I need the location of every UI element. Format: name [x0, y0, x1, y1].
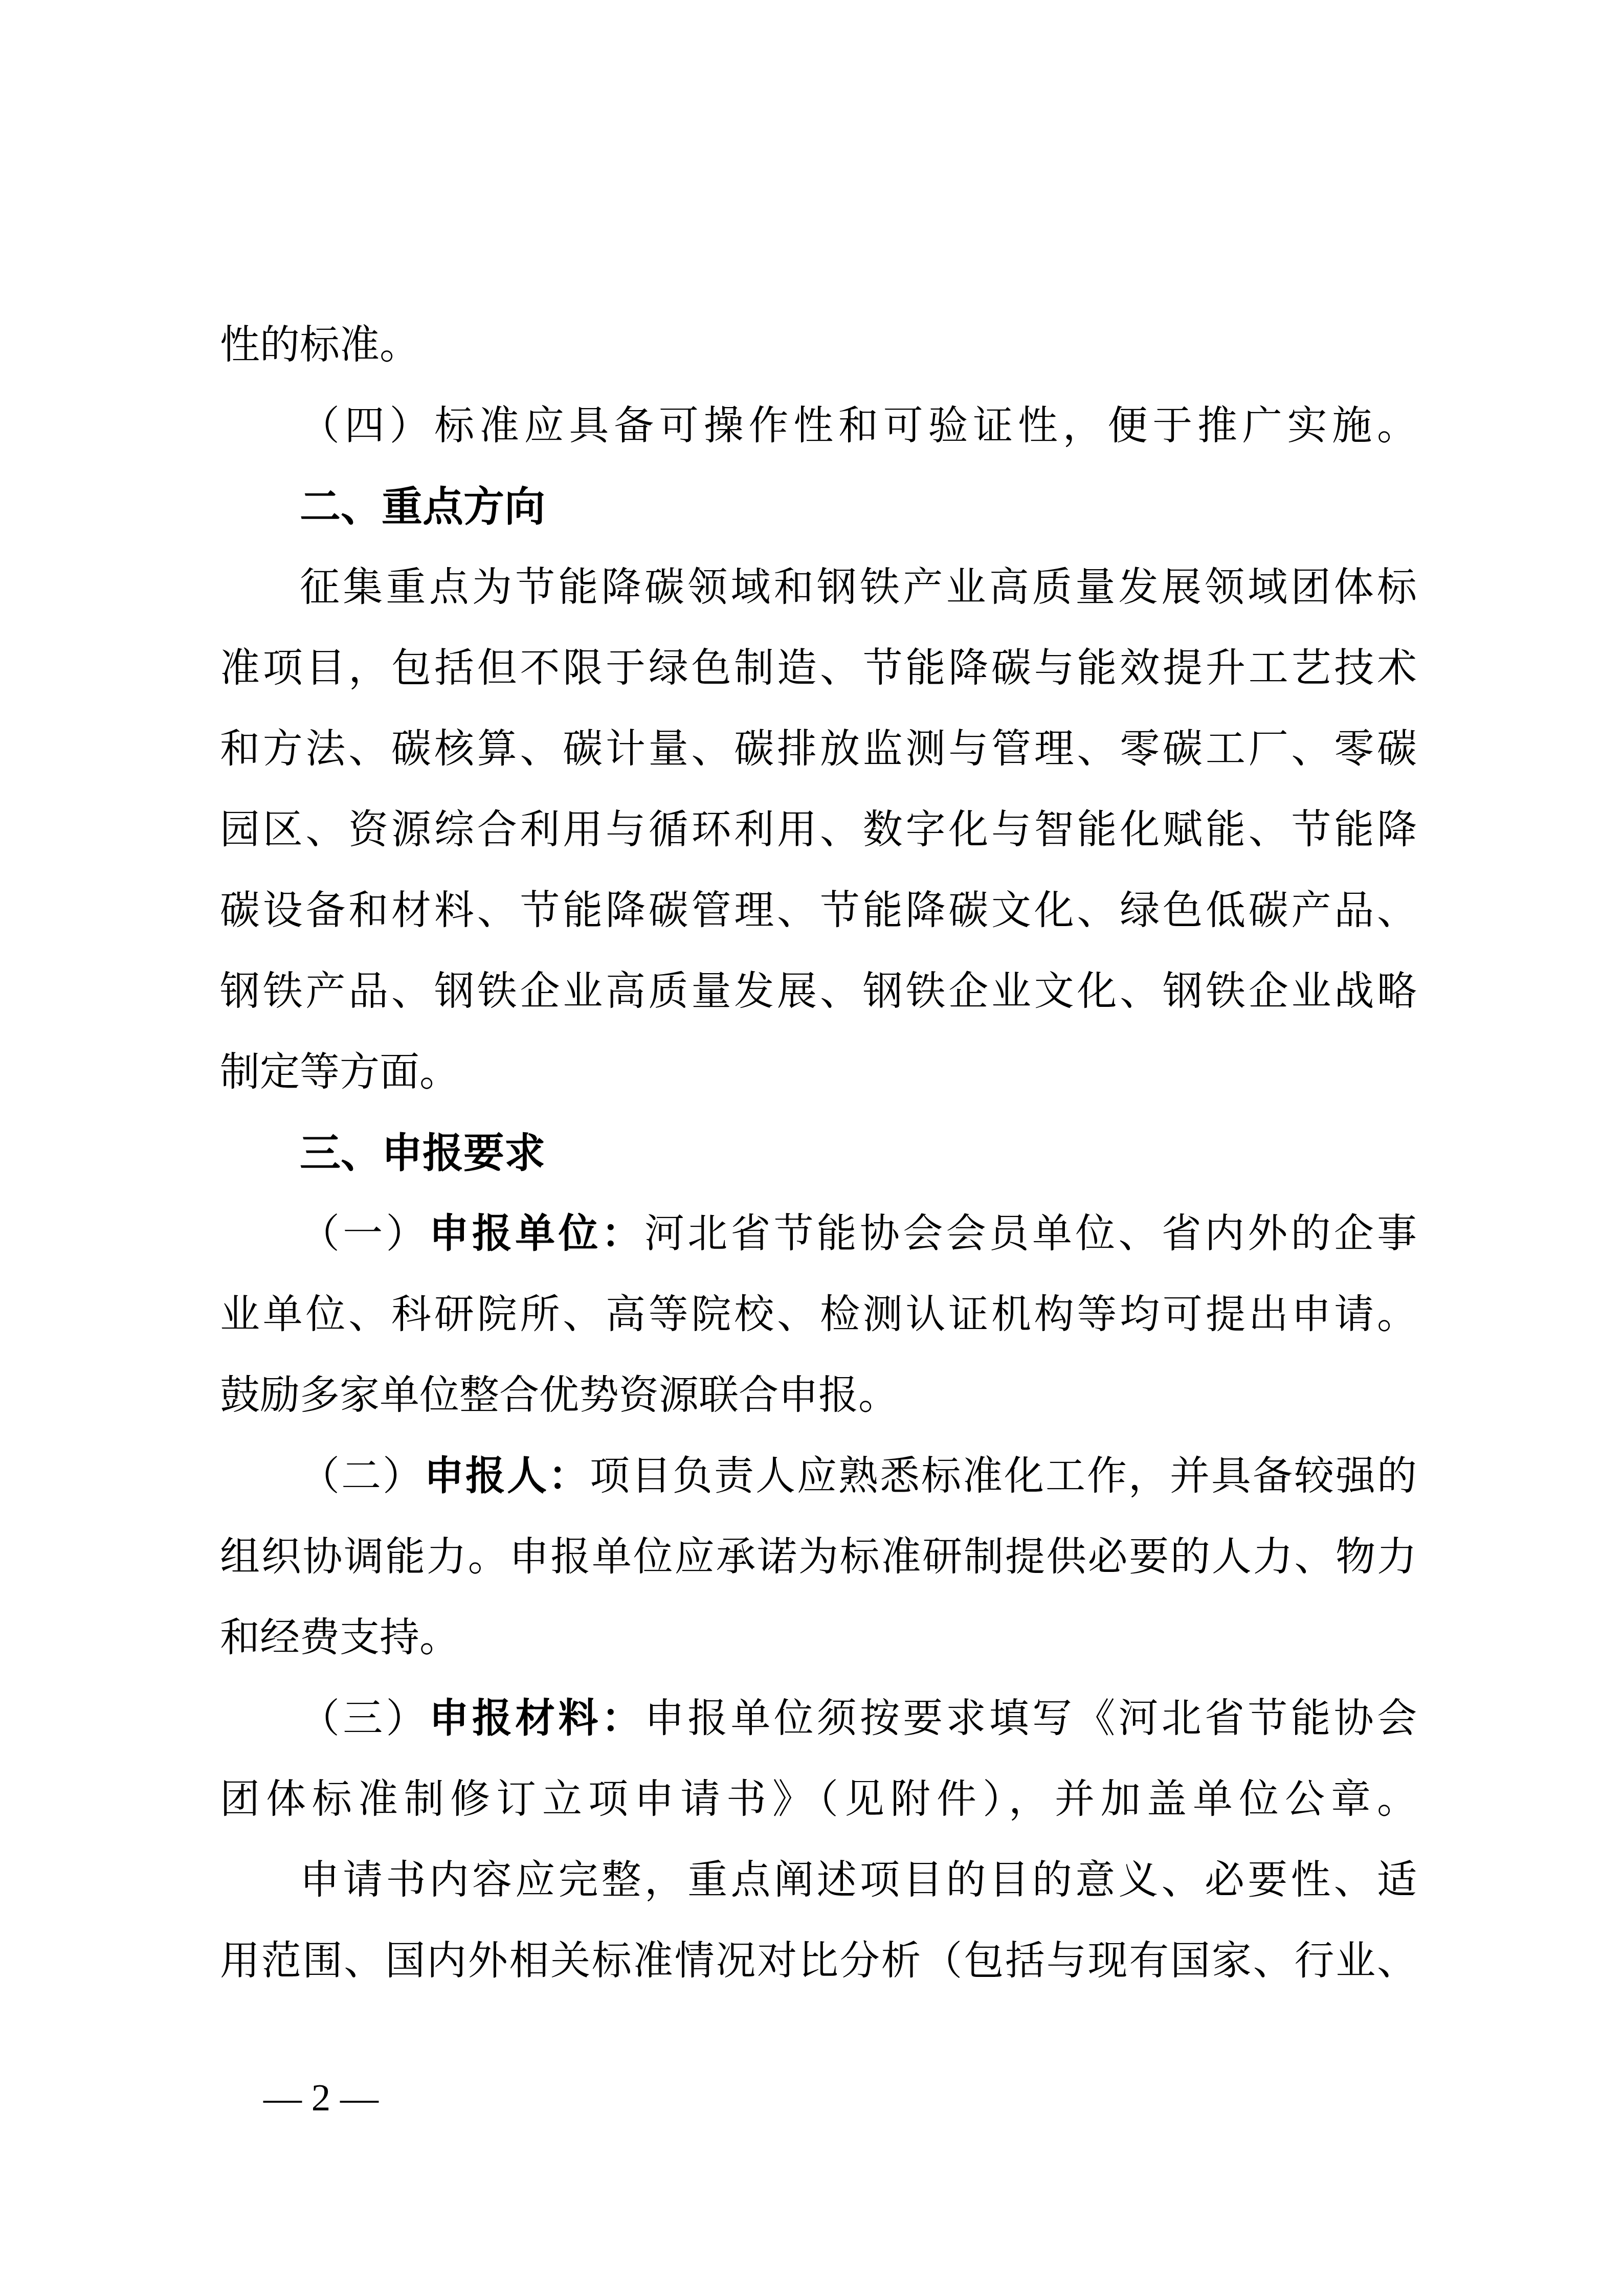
page-root: { "page": { "background_color": "#ffffff… [0, 0, 1624, 2296]
text-line: 业单位、科研院所、高等院校、检测认证机构等均可提出申请。 [220, 1274, 1417, 1355]
text-segment: 性的标准。 [220, 323, 419, 367]
text-line: 鼓励多家单位整合优势资源联合申报。 [220, 1355, 1417, 1436]
bold-label: 申报单位： [429, 1211, 644, 1256]
text-line: 碳设备和材料、节能降碳管理、节能降碳文化、绿色低碳产品、 [220, 870, 1417, 951]
text-segment: 申报单位须按要求填写《河北省节能协会 [644, 1696, 1417, 1741]
text-line: （四）标准应具备可操作性和可验证性，便于推广实施。 [220, 386, 1417, 466]
text-segment: 河北省节能协会会员单位、省内外的企事 [644, 1211, 1417, 1256]
text-line: 性的标准。 [220, 305, 1417, 386]
text-line: 和经费支持。 [220, 1597, 1417, 1678]
text-line: 申请书内容应完整，重点阐述项目的目的意义、必要性、适 [220, 1840, 1417, 1921]
text-segment: （二） [300, 1454, 424, 1498]
text-segment: （三） [300, 1696, 429, 1741]
bold-label: 申报人： [424, 1454, 590, 1498]
text-line: 组织协调能力。申报单位应承诺为标准研制提供必要的人力、物力 [220, 1517, 1417, 1597]
text-segment: 和方法、碳核算、碳计量、碳排放监测与管理、零碳工厂、零碳 [220, 727, 1417, 771]
text-segment: 用范围、国内外相关标准情况对比分析（包括与现有国家、行业、 [220, 1939, 1417, 1983]
text-segment: 园区、资源综合利用与循环利用、数字化与智能化赋能、节能降 [220, 807, 1417, 852]
text-line: 钢铁产品、钢铁企业高质量发展、钢铁企业文化、钢铁企业战略 [220, 951, 1417, 1032]
text-line: 和方法、碳核算、碳计量、碳排放监测与管理、零碳工厂、零碳 [220, 709, 1417, 790]
text-segment: 和经费支持。 [220, 1615, 459, 1660]
document-page: 性的标准。（四）标准应具备可操作性和可验证性，便于推广实施。二、重点方向征集重点… [0, 0, 1624, 2296]
text-segment: 申请书内容应完整，重点阐述项目的目的意义、必要性、适 [300, 1858, 1417, 1902]
bold-label: 申报材料： [429, 1696, 644, 1741]
text-line: 制定等方面。 [220, 1032, 1417, 1113]
bold-label: 二、重点方向 [300, 484, 545, 529]
text-segment: （四）标准应具备可操作性和可验证性，便于推广实施。 [300, 403, 1417, 448]
section-heading: 二、重点方向 [220, 466, 1417, 547]
text-line: （二）申报人：项目负责人应熟悉标准化工作，并具备较强的 [220, 1436, 1417, 1517]
text-segment: 组织协调能力。申报单位应承诺为标准研制提供必要的人力、物力 [220, 1535, 1417, 1579]
text-line: 用范围、国内外相关标准情况对比分析（包括与现有国家、行业、 [220, 1921, 1417, 2001]
text-line: 准项目，包括但不限于绿色制造、节能降碳与能效提升工艺技术 [220, 628, 1417, 709]
text-segment: 钢铁产品、钢铁企业高质量发展、钢铁企业文化、钢铁企业战略 [220, 969, 1417, 1014]
text-line: 征集重点为节能降碳领域和钢铁产业高质量发展领域团体标 [220, 547, 1417, 628]
text-block: 性的标准。（四）标准应具备可操作性和可验证性，便于推广实施。二、重点方向征集重点… [220, 305, 1417, 2001]
text-segment: 征集重点为节能降碳领域和钢铁产业高质量发展领域团体标 [300, 565, 1417, 610]
text-segment: 业单位、科研院所、高等院校、检测认证机构等均可提出申请。 [220, 1292, 1417, 1337]
text-segment: 碳设备和材料、节能降碳管理、节能降碳文化、绿色低碳产品、 [220, 888, 1417, 933]
bold-label: 三、申报要求 [300, 1130, 545, 1176]
text-segment: 鼓励多家单位整合优势资源联合申报。 [220, 1373, 898, 1417]
text-segment: 团体标准制修订立项申请书》（见附件），并加盖单位公章。 [220, 1777, 1417, 1821]
text-line: 团体标准制修订立项申请书》（见附件），并加盖单位公章。 [220, 1759, 1417, 1840]
text-line: 园区、资源综合利用与循环利用、数字化与智能化赋能、节能降 [220, 790, 1417, 870]
text-segment: （一） [300, 1211, 429, 1256]
section-heading: 三、申报要求 [220, 1113, 1417, 1194]
text-segment: 准项目，包括但不限于绿色制造、节能降碳与能效提升工艺技术 [220, 646, 1417, 690]
text-segment: 制定等方面。 [220, 1050, 459, 1094]
page-number: — 2 — [263, 2069, 379, 2127]
text-line: （三）申报材料：申报单位须按要求填写《河北省节能协会 [220, 1678, 1417, 1759]
text-line: （一）申报单位：河北省节能协会会员单位、省内外的企事 [220, 1194, 1417, 1274]
text-segment: 项目负责人应熟悉标准化工作，并具备较强的 [590, 1454, 1417, 1498]
